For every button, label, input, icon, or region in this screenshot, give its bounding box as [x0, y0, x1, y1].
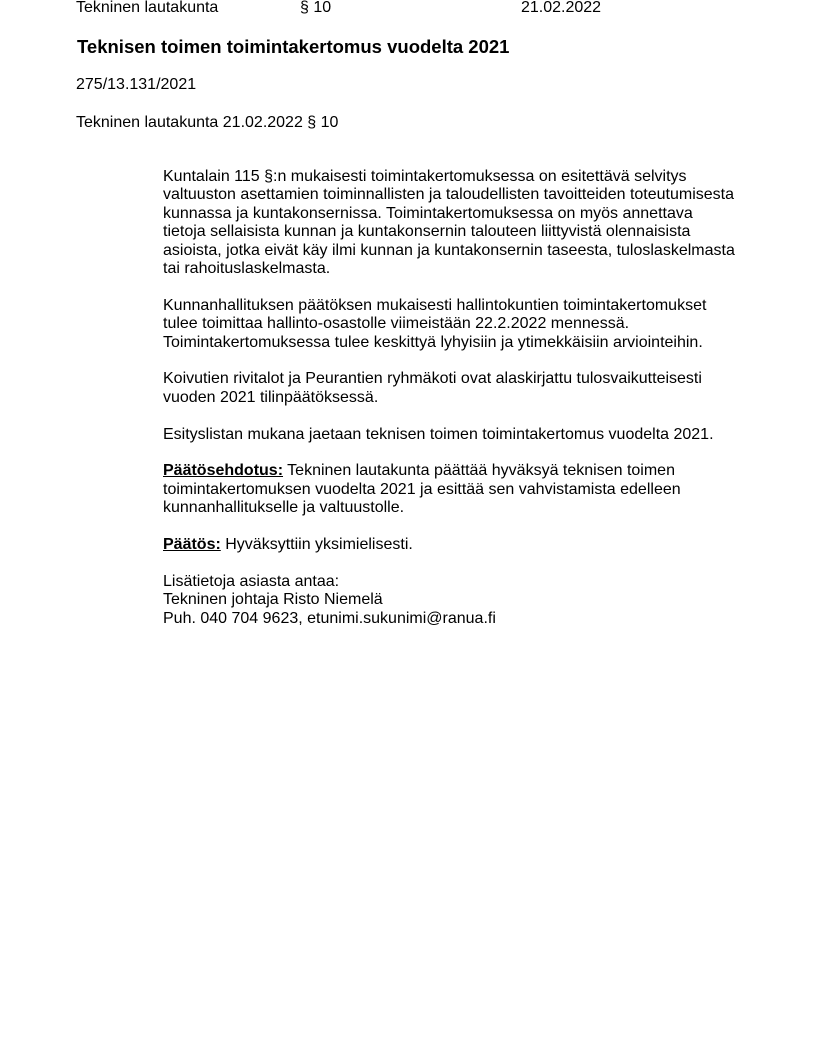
proposal-text: Tekninen lautakunta päättää hyväksyä tek…	[283, 462, 675, 479]
text-line: Koivutien rivitalot ja Peurantien ryhmäk…	[163, 370, 753, 388]
document-title: Teknisen toimen toimintakertomus vuodelt…	[77, 36, 509, 58]
proposal-label: Päätösehdotus:	[163, 462, 283, 479]
text-line: tai rahoituslaskelmasta.	[163, 260, 753, 278]
contact-intro: Lisätietoja asiasta antaa:	[163, 573, 753, 591]
text-line: kunnanhallitukselle ja valtuustolle.	[163, 499, 753, 517]
text-line: Kunnanhallituksen päätöksen mukaisesti h…	[163, 297, 753, 315]
text-line: Kuntalain 115 §:n mukaisesti toimintaker…	[163, 168, 753, 186]
decision-label: Päätös:	[163, 536, 221, 553]
contact-paragraph: Lisätietoja asiasta antaa: Tekninen joht…	[163, 573, 753, 628]
text-line: Esityslistan mukana jaetaan teknisen toi…	[163, 426, 753, 444]
text-line: Päätösehdotus: Tekninen lautakunta päätt…	[163, 462, 753, 480]
text-line: toimintakertomuksen vuodelta 2021 ja esi…	[163, 481, 753, 499]
decision-text: Hyväksyttiin yksimielisesti.	[221, 536, 413, 553]
paragraph-deadline: Kunnanhallituksen päätöksen mukaisesti h…	[163, 297, 753, 352]
contact-person: Tekninen johtaja Risto Niemelä	[163, 591, 753, 609]
paragraph-writedowns: Koivutien rivitalot ja Peurantien ryhmäk…	[163, 370, 753, 407]
text-line: asioista, jotka eivät käy ilmi kunnan ja…	[163, 242, 753, 260]
paragraph-attachment: Esityslistan mukana jaetaan teknisen toi…	[163, 426, 753, 444]
text-line: kunnassa ja kuntakonsernissa. Toimintake…	[163, 205, 753, 223]
text-line: Päätös: Hyväksyttiin yksimielisesti.	[163, 536, 753, 554]
decision-paragraph: Päätös: Hyväksyttiin yksimielisesti.	[163, 536, 753, 554]
text-line: tietoja sellaisista kunnan ja kuntakonse…	[163, 223, 753, 241]
text-line: valtuuston asettamien toiminnallisten ja…	[163, 186, 753, 204]
text-line: vuoden 2021 tilinpäätöksessä.	[163, 389, 753, 407]
header-section-number: § 10	[300, 0, 331, 18]
text-line: tulee toimittaa hallinto-osastolle viime…	[163, 315, 753, 333]
header-date: 21.02.2022	[521, 0, 601, 18]
contact-phone-email: Puh. 040 704 9623, etunimi.sukunimi@ranu…	[163, 610, 753, 628]
document-body: Kuntalain 115 §:n mukaisesti toimintaker…	[163, 168, 753, 646]
meeting-reference: Tekninen lautakunta 21.02.2022 § 10	[76, 113, 338, 133]
proposal-paragraph: Päätösehdotus: Tekninen lautakunta päätt…	[163, 462, 753, 517]
paragraph-legal-basis: Kuntalain 115 §:n mukaisesti toimintaker…	[163, 168, 753, 278]
case-number: 275/13.131/2021	[76, 75, 196, 95]
text-line: Toimintakertomuksessa tulee keskittyä ly…	[163, 334, 753, 352]
header-board-name: Tekninen lautakunta	[76, 0, 218, 18]
